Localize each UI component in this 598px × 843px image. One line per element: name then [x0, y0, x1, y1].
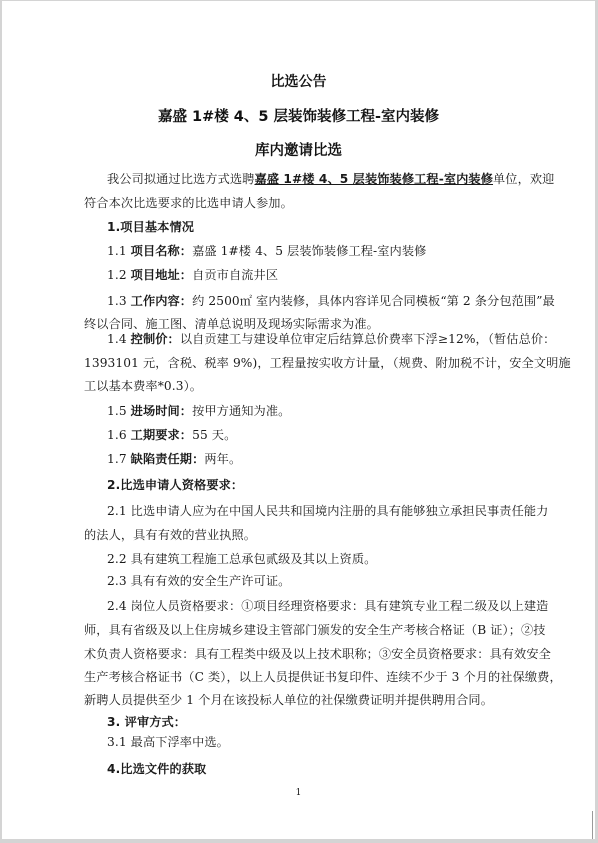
item-1-5: 1.5 进场时间：按甲方通知为准。 — [107, 403, 290, 419]
item-num: 1.5 — [107, 404, 131, 418]
document-page: 比选公告 嘉盛 1#楼 4、5 层装饰装修工程-室内装修 库内邀请比选 我公司拟… — [2, 1, 595, 839]
project-title: 嘉盛 1#楼 4、5 层装饰装修工程-室内装修 — [2, 105, 595, 126]
item-label: 缺陷责任期： — [131, 452, 205, 466]
item-num: 1.3 — [107, 294, 131, 308]
item-text: 两年。 — [204, 452, 241, 466]
item-text: 嘉盛 1#楼 4、5 层装饰装修工程-室内装修 — [192, 244, 426, 258]
intro-prefix: 我公司拟通过比选方式选聘 — [107, 172, 254, 186]
intro-project-name: 嘉盛 1#楼 4、5 层装饰装修工程-室内装修 — [254, 172, 493, 186]
item-text: 自贡市自流井区 — [192, 268, 278, 282]
document-subtitle: 库内邀请比选 — [2, 139, 595, 160]
item-label: 项目名称： — [131, 244, 192, 258]
item-1-3-cont: 终以合同、施工图、清单总说明及现场实际需求为准。 — [84, 316, 379, 332]
item-1-4: 1.4 控制价：以自贡建工与建设单位审定后结算总价费率下浮≥12%，（暂估总价： — [107, 331, 555, 347]
item-num: 1.4 — [107, 332, 131, 346]
item-label: 项目地址： — [131, 268, 192, 282]
item-2-4-cont-2: 术负责人资格要求：具有工程类中级及以上技术职称；③安全员资格要求：具有效安全 — [84, 646, 551, 662]
item-1-1: 1.1 项目名称：嘉盛 1#楼 4、5 层装饰装修工程-室内装修 — [107, 243, 426, 259]
item-1-3: 1.3 工作内容：约 2500㎡ 室内装修，具体内容详见合同模板“第 2 条分包… — [107, 293, 555, 309]
item-2-4-cont-1: 师，具有省级及以上住房城乡建设主管部门颁发的安全生产考核合格证（B 证）；②技 — [84, 622, 546, 638]
section-2-heading: 2.比选申请人资格要求： — [107, 477, 243, 493]
item-num: 1.2 — [107, 268, 131, 282]
item-1-4-cont-1: 1393101 元，含税、税率 9%)，工程量按实收方计量，（规费、附加税不计，… — [84, 355, 571, 371]
intro-paragraph: 我公司拟通过比选方式选聘嘉盛 1#楼 4、5 层装饰装修工程-室内装修单位，欢迎 — [107, 171, 554, 187]
item-1-2: 1.2 项目地址：自贡市自流井区 — [107, 267, 278, 283]
item-num: 1.7 — [107, 452, 131, 466]
item-text: 按甲方通知为准。 — [192, 404, 290, 418]
item-3-1: 3.1 最高下浮率中选。 — [107, 734, 229, 750]
item-2-4: 2.4 岗位人员资格要求：①项目经理资格要求：具有建筑专业工程二级及以上建造 — [107, 598, 548, 614]
section-1-heading: 1.项目基本情况 — [107, 219, 194, 235]
item-label: 控制价： — [131, 332, 180, 346]
item-text: 以自贡建工与建设单位审定后结算总价费率下浮≥12%，（暂估总价： — [180, 332, 556, 346]
item-text: 55 天。 — [192, 428, 236, 442]
item-label: 进场时间： — [131, 404, 192, 418]
item-text: 约 2500㎡ 室内装修，具体内容详见合同模板“第 2 条分包范围”最 — [192, 294, 555, 308]
item-num: 1.1 — [107, 244, 131, 258]
intro-suffix: 单位，欢迎 — [493, 172, 554, 186]
section-3-heading: 3. 评审方式： — [107, 714, 186, 730]
item-2-4-cont-4: 新聘人员提供至少 1 个月在该投标人单位的社保缴费证明并提供聘用合同。 — [84, 692, 493, 708]
item-1-7: 1.7 缺陷责任期：两年。 — [107, 451, 241, 467]
item-1-4-cont-2: 工以基本费率*0.3）。 — [84, 378, 202, 394]
page-number: 1 — [2, 788, 595, 798]
document-title: 比选公告 — [2, 71, 595, 91]
item-2-1: 2.1 比选申请人应为在中国人民共和国境内注册的具有能够独立承担民事责任能力 — [107, 503, 548, 519]
intro-line-2: 符合本次比选要求的比选申请人参加。 — [84, 195, 293, 211]
item-label: 工期要求： — [131, 428, 192, 442]
item-1-6: 1.6 工期要求：55 天。 — [107, 427, 236, 443]
item-2-2: 2.2 具有建筑工程施工总承包贰级及其以上资质。 — [107, 551, 376, 567]
section-4-heading: 4.比选文件的获取 — [107, 761, 206, 777]
item-2-4-cont-3: 生产考核合格证书（C 类），以上人员提供证书复印件、连续不少于 3 个月的社保缴… — [84, 669, 562, 685]
item-2-1-cont: 的法人，具有有效的营业执照。 — [84, 527, 256, 543]
item-label: 工作内容： — [131, 294, 192, 308]
item-num: 1.6 — [107, 428, 131, 442]
page-edge-line — [592, 811, 593, 839]
item-2-3: 2.3 具有有效的安全生产许可证。 — [107, 573, 290, 589]
